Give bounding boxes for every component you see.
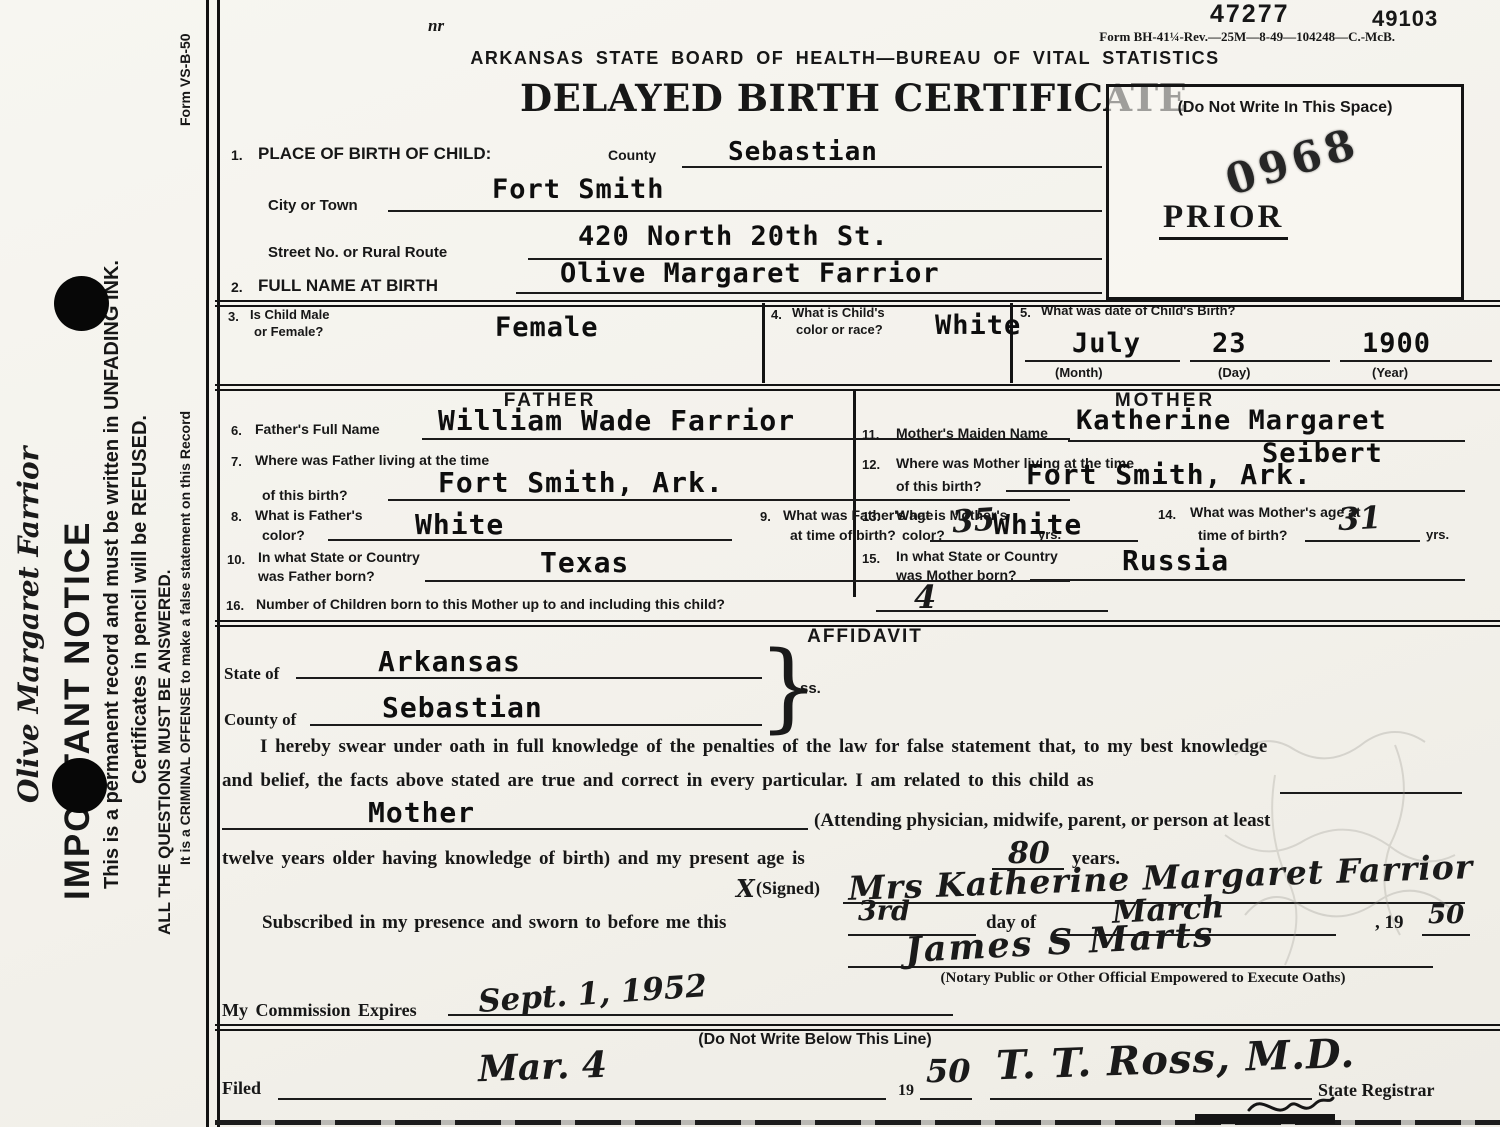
q1-number: 1. — [231, 147, 243, 163]
affidavit-state-value: Arkansas — [378, 645, 521, 678]
city-label: City or Town — [268, 197, 358, 214]
year-sublabel: (Year) — [1372, 365, 1408, 380]
q3-label-line2: or Female? — [254, 324, 323, 339]
father-residence-value: Fort Smith, Ark. — [438, 466, 724, 499]
q1-label: PLACE OF BIRTH OF CHILD: — [258, 144, 491, 164]
affidavit-county-value: Sebastian — [382, 691, 543, 724]
city-value: Fort Smith — [492, 174, 665, 205]
q2-label: FULL NAME AT BIRTH — [258, 276, 438, 296]
signed-label: (Signed) — [756, 878, 820, 899]
form-print-line: Form BH-41¼-Rev.—25M—8-49—104248—C.-McB. — [1030, 29, 1395, 45]
oath-line3: twelve years older having knowledge of b… — [222, 848, 805, 870]
q16-number: 16. — [226, 598, 244, 613]
field-underline — [222, 806, 808, 830]
county-value: Sebastian — [728, 137, 878, 167]
q9-number: 9. — [760, 509, 771, 524]
q2-number: 2. — [231, 279, 243, 295]
margin-notice-line3: ALL THE QUESTIONS MUST BE ANSWERED. — [155, 440, 175, 1065]
mother-age-value: 31 — [1337, 500, 1382, 538]
filed-year-value: 50 — [926, 1052, 971, 1090]
month-sublabel: (Month) — [1055, 365, 1103, 380]
county-label: County — [608, 147, 656, 163]
full-name-value: Olive Margaret Farrior — [560, 258, 940, 289]
street-value: 420 North 20th St. — [578, 221, 889, 252]
margin-important-notice: IMPORTANT NOTICE — [58, 400, 98, 1020]
field-underline — [296, 655, 762, 679]
field-underline — [1340, 338, 1492, 362]
registrar-label: State Registrar — [1318, 1080, 1434, 1101]
q4-label-line1: What is Child's — [792, 305, 885, 320]
scan-edge-artifact-dark — [1195, 1114, 1335, 1124]
father-color-value: White — [415, 508, 504, 541]
q5-label: What was date of Child's Birth? — [1041, 303, 1236, 318]
q6-label: Father's Full Name — [255, 421, 380, 437]
q8-label-line2: color? — [262, 527, 305, 543]
father-birthplace-value: Texas — [540, 546, 629, 579]
margin-notice-line4: It is a CRIMINAL OFFENSE to make a false… — [177, 155, 193, 1120]
margin-child-name: Olive Margaret Farrior — [12, 290, 45, 960]
relation-note: (Attending physician, midwife, parent, o… — [814, 810, 1270, 832]
q14-unit-label: yrs. — [1426, 527, 1449, 542]
q12-label-line2: of this birth? — [896, 478, 982, 494]
field-underline — [1030, 557, 1465, 581]
stamp-box-label: (Do Not Write In This Space) — [1109, 99, 1461, 117]
field-underline — [1190, 338, 1330, 362]
q10-label-line1: In what State or Country — [258, 549, 420, 565]
q14-number: 14. — [1158, 507, 1176, 522]
sworn-day-value: 3rd — [858, 896, 910, 927]
punch-hole-bottom — [52, 758, 107, 813]
q10-label-line2: was Father born? — [258, 568, 375, 584]
field-underline — [876, 588, 1108, 612]
margin-divider-rule — [206, 0, 220, 1127]
q15-number: 15. — [862, 551, 880, 566]
mother-birthplace-value: Russia — [1122, 544, 1229, 577]
relation-value: Mother — [368, 796, 475, 829]
filed-date-value: Mar. 4 — [477, 1044, 607, 1090]
state-of-label: State of — [224, 664, 279, 684]
section-rule — [215, 1024, 1500, 1031]
q13-label-line2: color? — [902, 527, 945, 543]
county-of-label: County of — [224, 710, 296, 730]
certificate-number-stamp: 0968 — [1220, 118, 1365, 205]
pencil-smudge — [1215, 715, 1475, 995]
margin-notice-line1: This is a permanent record and must be w… — [101, 75, 124, 1075]
q7-number: 7. — [231, 454, 242, 469]
mother-color-value: White — [993, 508, 1082, 541]
q4-label-line2: color or race? — [796, 322, 883, 337]
q7-label-line2: of this birth? — [262, 487, 348, 503]
q16-label: Number of Children born to this Mother u… — [256, 596, 725, 612]
race-value: White — [935, 310, 1021, 341]
signed-x-mark: X — [736, 874, 755, 903]
margin-notice-line2: Certificates in pencil will be REFUSED. — [129, 155, 152, 1045]
q8-number: 8. — [231, 509, 242, 524]
field-underline — [328, 517, 732, 541]
sex-value: Female — [495, 312, 599, 343]
filed-year-prefix: 19 — [898, 1082, 914, 1100]
street-label: Street No. or Rural Route — [268, 244, 447, 261]
q12-number: 12. — [862, 457, 880, 472]
day-sublabel: (Day) — [1218, 365, 1251, 380]
commission-label: My Commission Expires — [222, 1000, 417, 1021]
q14-label-line2: time of birth? — [1198, 527, 1287, 543]
column-divider — [762, 303, 765, 383]
mother-maiden-value-line1: Katherine Margaret — [1076, 405, 1387, 436]
nr-mark: nr — [428, 16, 444, 36]
q11-label: Mother's Maiden Name — [896, 425, 1048, 441]
q13-number: 13. — [862, 509, 880, 524]
q3-label-line1: Is Child Male — [250, 307, 329, 322]
father-name-value: William Wade Farrior — [438, 404, 795, 437]
stamp-box: (Do Not Write In This Space) 0968 PRIOR — [1106, 84, 1464, 300]
ss-label: ss. — [800, 680, 821, 697]
field-underline — [1025, 338, 1180, 362]
children-count-value: 4 — [914, 578, 936, 616]
filed-label: Filed — [222, 1078, 261, 1099]
q11-number: 11. — [862, 427, 879, 442]
q6-number: 6. — [231, 423, 242, 438]
serial-number-left: 47277 — [1210, 0, 1290, 29]
scanned-birth-certificate: Olive Margaret Farrior IMPORTANT NOTICE … — [0, 0, 1500, 1127]
subscribed-text: Subscribed in my presence and sworn to b… — [262, 912, 726, 934]
q3-number: 3. — [228, 309, 239, 324]
board-title: ARKANSAS STATE BOARD OF HEALTH—BUREAU OF… — [345, 48, 1345, 69]
mother-residence-value: Fort Smith, Ark. — [1026, 458, 1312, 491]
document-title: DELAYED BIRTH CERTIFICATE — [520, 76, 1170, 120]
q4-number: 4. — [771, 307, 782, 322]
margin-form-number: Form VS-B-50 — [177, 12, 193, 147]
punch-hole-top — [54, 276, 109, 331]
do-not-write-below-label: (Do Not Write Below This Line) — [565, 1031, 1065, 1049]
q9-label-line2: at time of birth? — [790, 527, 896, 543]
q10-number: 10. — [227, 552, 245, 567]
q5-number: 5. — [1020, 305, 1031, 320]
prior-stamp: PRIOR — [1159, 199, 1288, 240]
